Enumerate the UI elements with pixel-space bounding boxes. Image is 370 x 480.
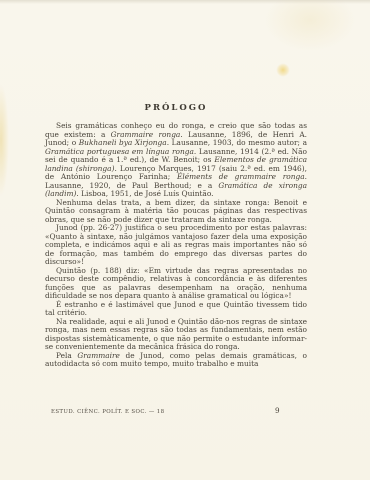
paragraph: É estranho e é lastimável que Junod e qu… — [45, 301, 307, 318]
paragraph: Quintão (p. 188) diz: «Em virtude das re… — [45, 267, 307, 301]
footer-running-title: ESTUD. CIÊNC. POLÍT. E SOC. — 18 — [51, 409, 164, 415]
page-number: 9 — [275, 406, 280, 415]
paragraph: Pela Grammaire de Junod, como pelas dema… — [45, 352, 307, 369]
paragraph: Nenhuma delas trata, a bem dizer, da sin… — [45, 199, 307, 225]
body-text: Seis gramáticas conheço eu do ronga, e c… — [45, 122, 307, 369]
book-page: PRÓLOGO Seis gramáticas conheço eu do ro… — [0, 0, 370, 480]
paragraph: Seis gramáticas conheço eu do ronga, e c… — [45, 122, 307, 199]
paragraph: Junod (pp. 26-27) justifica o seu proced… — [45, 224, 307, 267]
screenshot-root: { "page": { "title": "PRÓLOGO", "footer"… — [0, 0, 370, 480]
paragraph: Na realidade, aqui e ali Junod e Quintão… — [45, 318, 307, 352]
page-title: PRÓLOGO — [45, 103, 307, 113]
